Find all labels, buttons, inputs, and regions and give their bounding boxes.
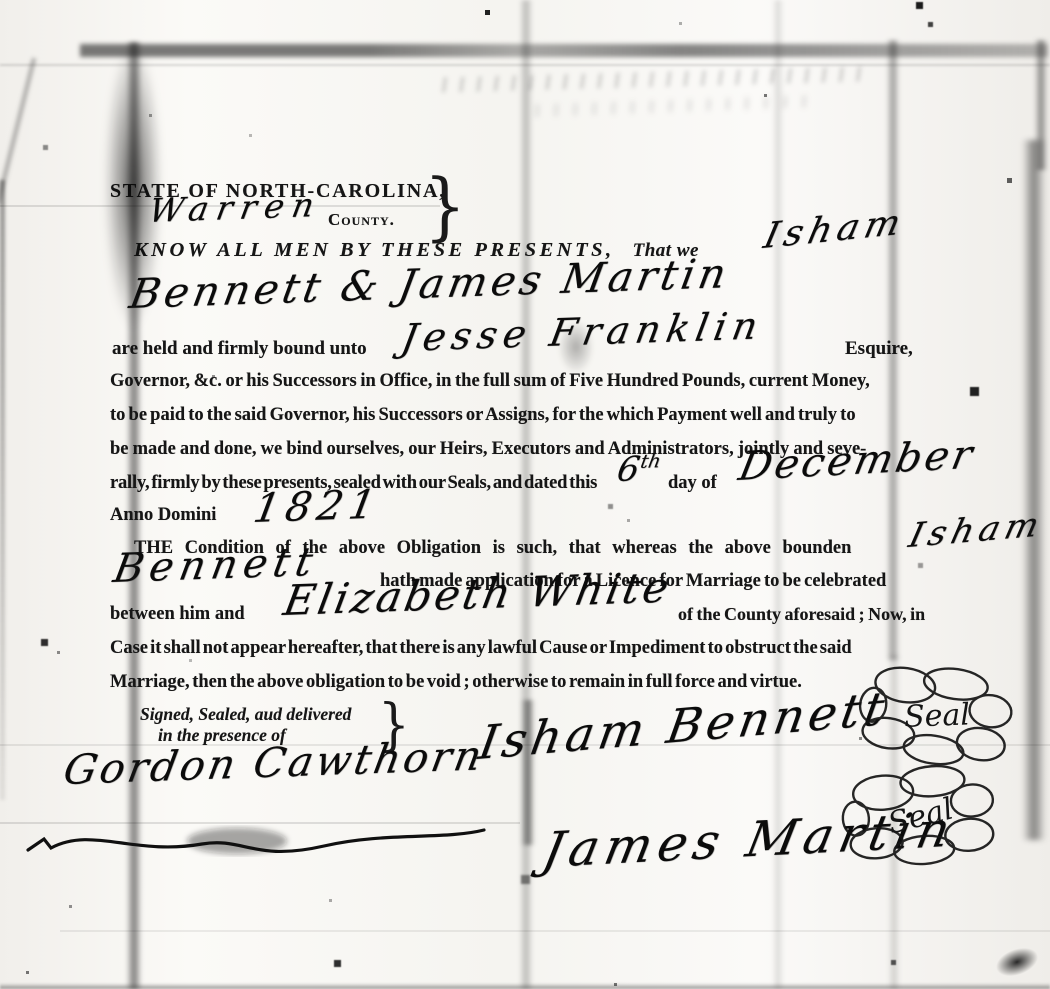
- paper-edge-right-band: [1022, 140, 1046, 840]
- bride-name-hw: Elizabeth White: [280, 563, 675, 625]
- paper-edge-left-line: [0, 180, 5, 800]
- dust-specks: [0, 0, 1, 1]
- bound-unto-line: are held and firmly bound unto: [112, 338, 367, 360]
- body-line-case: Case it shall not appear hereafter, that…: [110, 638, 852, 659]
- witness-signature: Gordon Cawthorn: [60, 731, 488, 794]
- body-line-governor: Governor, &c. or his Successors in Offic…: [110, 371, 870, 392]
- bondsman-signature-1: Isham Bennett: [475, 681, 892, 771]
- marriage-bond-scan: STATE OF NORTH-CAROLINA, } Warren County…: [0, 0, 1050, 989]
- body-line-paid: to be paid to the said Governor, his Suc…: [110, 405, 856, 426]
- seal-word-1: Seal: [904, 697, 971, 734]
- obligee-name-hw: Jesse Franklin: [398, 304, 767, 360]
- scan-line-top: [0, 64, 1050, 66]
- bleed-through-marks-2: [520, 95, 820, 117]
- scan-line-4: [60, 930, 1050, 932]
- witness-underline-flourish: [22, 810, 492, 862]
- esquire-label: Esquire,: [845, 338, 913, 360]
- paper-edge-top-band: [80, 44, 1048, 57]
- fold-crease-center: [519, 0, 533, 989]
- county-handwritten: Warren: [146, 185, 325, 230]
- header-brace: }: [424, 163, 466, 249]
- aforesaid-line: of the County aforesaid ; Now, in: [678, 604, 925, 625]
- seal-scribble-2: Seal: [836, 756, 1008, 879]
- year-hw: 1821: [250, 482, 385, 532]
- anno-domini-label: Anno Domini: [110, 505, 216, 526]
- principal-first-name-hw: Isham: [760, 202, 909, 257]
- paper-edge-bottom: [0, 983, 1050, 989]
- between-label: between him and: [110, 604, 245, 625]
- day-number-suffix: th: [639, 450, 663, 473]
- paper-corner-slant-topleft: [0, 58, 36, 205]
- ink-blot-bottom-right: [984, 936, 1050, 988]
- day-of-label: day of: [668, 473, 717, 494]
- paper-edge-right-top: [1034, 40, 1048, 170]
- bleed-through-marks-1: [430, 66, 870, 93]
- day-number-hw: 6th: [614, 449, 663, 490]
- signed-sealed-label-1: Signed, Sealed, aud delivered: [140, 704, 351, 725]
- county-label: County.: [328, 210, 395, 230]
- bounden-first-name-hw: Isham: [905, 505, 1048, 556]
- body-line-marriage: Marriage, then the above obligation to b…: [110, 672, 802, 693]
